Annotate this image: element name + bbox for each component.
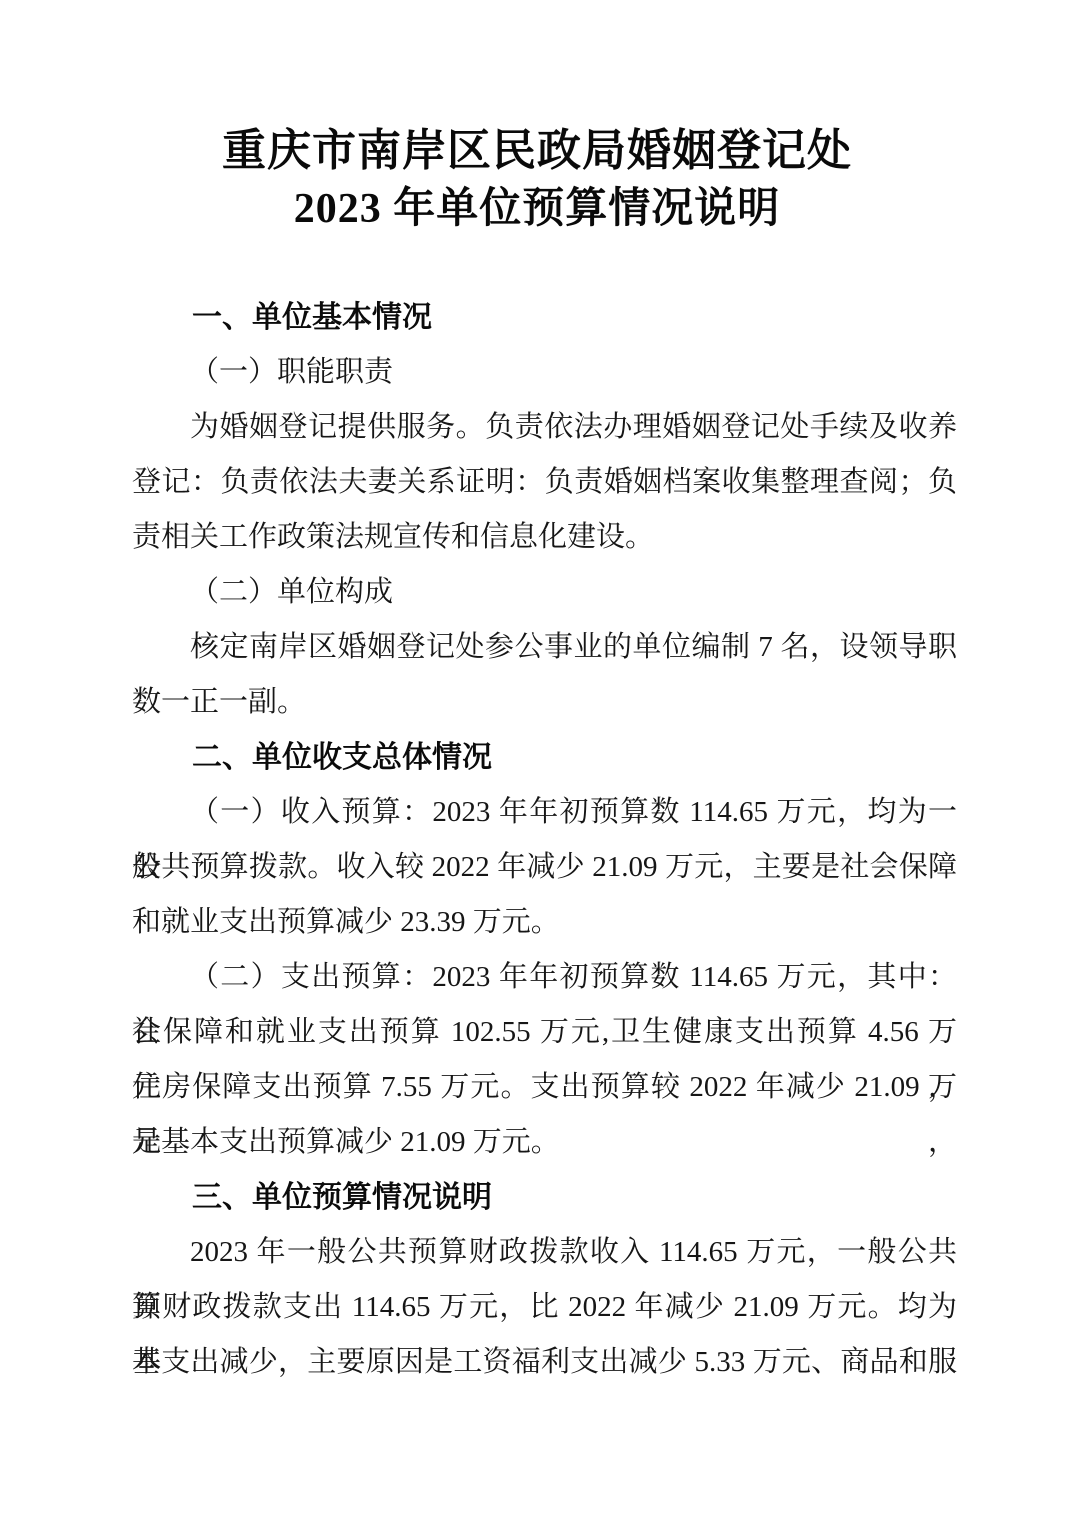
paragraph-line: 数一正一副。 [132, 675, 957, 730]
paragraph-line: 为婚姻登记提供服务。负责依法办理婚姻登记处手续及收养 [132, 400, 957, 455]
subsection-heading: （一）职能职责 [132, 345, 957, 400]
paragraph-line: （一）收入预算：2023 年年初预算数 114.65 万元，均为一般 [132, 785, 957, 840]
paragraph-line: 本支出减少，主要原因是工资福利支出减少 5.33 万元、商品和服 [132, 1335, 957, 1390]
paragraph-line: 核定南岸区婚姻登记处参公事业的单位编制 7 名，设领导职 [132, 620, 957, 675]
paragraph-line: 2023 年一般公共预算财政拨款收入 114.65 万元，一般公共预 [132, 1225, 957, 1280]
document-page: 重庆市南岸区民政局婚姻登记处 2023 年单位预算情况说明 一、单位基本情况 （… [0, 0, 1074, 1520]
document-title: 重庆市南岸区民政局婚姻登记处 2023 年单位预算情况说明 [0, 0, 1074, 238]
paragraph-line: 和就业支出预算减少 23.39 万元。 [132, 895, 957, 950]
section-heading-2: 二、单位收支总体情况 [132, 730, 957, 785]
document-title-line-1: 重庆市南岸区民政局婚姻登记处 [0, 122, 1074, 180]
paragraph-line: 责相关工作政策法规宣传和信息化建设。 [132, 510, 957, 565]
paragraph-line: 登记：负责依法夫妻关系证明：负责婚姻档案收集整理查阅；负 [132, 455, 957, 510]
paragraph-line: （二）支出预算：2023 年年初预算数 114.65 万元，其中：社 [132, 950, 957, 1005]
section-heading-1: 一、单位基本情况 [132, 290, 957, 345]
paragraph-line: 会保障和就业支出预算 102.55 万元,卫生健康支出预算 4.56 万元， [132, 1005, 957, 1060]
subsection-heading: （二）单位构成 [132, 565, 957, 620]
paragraph-line: 公共预算拨款。收入较 2022 年减少 21.09 万元，主要是社会保障 [132, 840, 957, 895]
document-title-line-2: 2023 年单位预算情况说明 [0, 180, 1074, 238]
paragraph-line: 住房保障支出预算 7.55 万元。支出预算较 2022 年减少 21.09 万元… [132, 1060, 957, 1115]
paragraph-line: 算财政拨款支出 114.65 万元，比 2022 年减少 21.09 万元。均为… [132, 1280, 957, 1335]
document-body: 一、单位基本情况 （一）职能职责 为婚姻登记提供服务。负责依法办理婚姻登记处手续… [0, 290, 1074, 1390]
section-heading-3: 三、单位预算情况说明 [132, 1170, 957, 1225]
